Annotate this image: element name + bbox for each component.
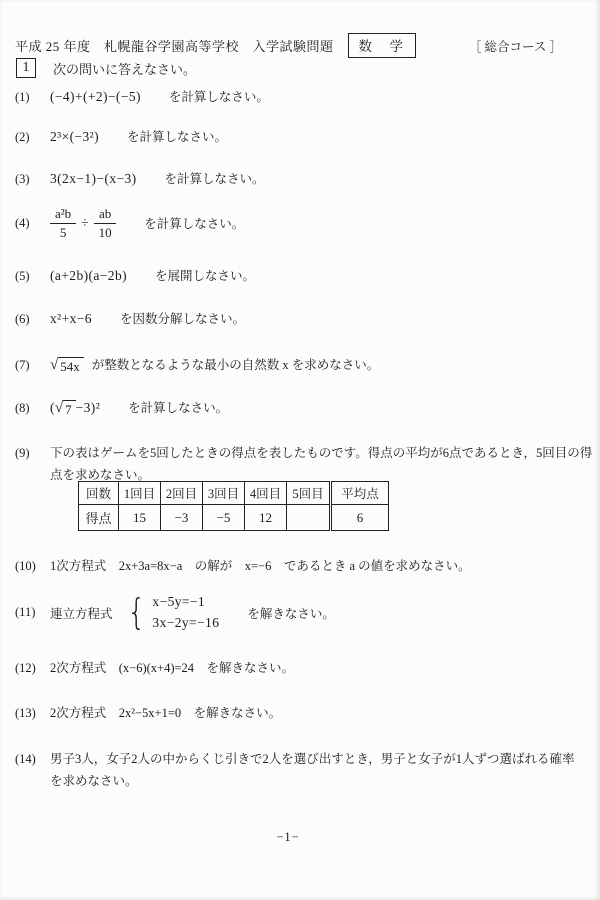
header-round-2: 2回目 (161, 482, 203, 505)
problem-6-number: (6) (15, 312, 50, 327)
header-average: 平均点 (331, 482, 389, 505)
problem-5-instruction: を展開しなさい。 (155, 266, 255, 284)
problem-8: (8) ( √ 7 −3)² を計算しなさい。 (15, 398, 228, 418)
problem-2-instruction: を計算しなさい。 (127, 127, 227, 145)
row-label-tokuten: 得点 (79, 505, 119, 531)
problem-13: (13) 2次方程式 2x²−5x+1=0 を解きなさい。 (15, 703, 281, 721)
problem-9-line1: 下の表はゲームを5回したときの得点を表したものです。得点の平均が6点であるとき，… (50, 442, 592, 464)
problem-4-number: (4) (15, 216, 50, 231)
problem-1-number: (1) (15, 90, 50, 105)
problem-12: (12) 2次方程式 (x−6)(x+4)=24 を解きなさい。 (15, 658, 294, 676)
problem-9-text: 下の表はゲームを5回したときの得点を表したものです。得点の平均が6点であるとき，… (50, 442, 592, 486)
problem-1-formula: (−4)+(+2)−(−5) (50, 89, 141, 105)
problem-10-text: 1次方程式 2x+3a=8x−a の解が x=−6 であるとき a の値を求めな… (50, 556, 471, 574)
sqrt-radical: √ 7 (55, 400, 76, 418)
subject-badge: 数 学 (348, 33, 417, 58)
problem-14: (14) 男子3人，女子2人の中からくじ引きで2人を選び出すとき，男子と女子が1… (15, 748, 575, 792)
fraction-denominator: 5 (60, 224, 67, 241)
problem-8-formula-rest: −3)² (76, 400, 101, 416)
header-round-1: 1回目 (119, 482, 161, 505)
problem-7-number: (7) (15, 358, 50, 373)
exam-title: 平成 25 年度 札幌龍谷学園高等学校 入学試験問題 (15, 36, 334, 55)
fraction-ab-over-10: ab 10 (94, 206, 116, 240)
score-round-3: −5 (203, 505, 245, 531)
equation-1: x−5y=−1 (152, 592, 219, 612)
problem-1-instruction: を計算しなさい。 (169, 87, 269, 105)
fraction-a2b-over-5: a²b 5 (50, 206, 76, 240)
radicand: 54x (58, 357, 84, 375)
problem-2-formula: 2³×(−3²) (50, 129, 99, 145)
header-round-5: 5回目 (287, 482, 331, 505)
score-round-2: −3 (161, 505, 203, 531)
problem-2-number: (2) (15, 130, 50, 145)
score-round-4: 12 (245, 505, 287, 531)
problem-14-text: 男子3人，女子2人の中からくじ引きで2人を選び出すとき，男子と女子が1人ずつ選ば… (50, 748, 575, 792)
fraction-denominator: 10 (99, 224, 112, 241)
problem-3-number: (3) (15, 172, 50, 187)
problem-6: (6) x²+x−6 を因数分解しなさい。 (15, 309, 245, 327)
problem-11: (11) 連立方程式 { x−5y=−1 3x−2y=−16 を解きなさい。 (15, 592, 335, 633)
problem-2: (2) 2³×(−3²) を計算しなさい。 (15, 127, 227, 145)
problem-14-number: (14) (15, 752, 50, 767)
problem-14-line2: を求めなさい。 (50, 770, 575, 792)
equation-2: 3x−2y=−16 (152, 613, 219, 633)
problem-1: (1) (−4)+(+2)−(−5) を計算しなさい。 (15, 87, 269, 105)
problem-12-text: 2次方程式 (x−6)(x+4)=24 を解きなさい。 (50, 658, 294, 676)
problem-3: (3) 3(2x−1)−(x−3) を計算しなさい。 (15, 169, 265, 187)
problem-4: (4) a²b 5 ÷ ab 10 を計算しなさい。 (15, 206, 244, 240)
problem-10-number: (10) (15, 559, 50, 574)
problem-13-number: (13) (15, 706, 50, 721)
fraction-numerator: ab (94, 206, 116, 224)
problem-7-instruction: が整数となるような最小の自然数 x を求めなさい。 (92, 355, 380, 373)
problem-5: (5) (a+2b)(a−2b) を展開しなさい。 (15, 266, 255, 284)
equation-system: { x−5y=−1 3x−2y=−16 (125, 592, 220, 633)
section-number-box: 1 (16, 58, 36, 78)
radicand: 7 (63, 400, 76, 418)
fraction-numerator: a²b (50, 206, 76, 224)
system-equations: x−5y=−1 3x−2y=−16 (152, 592, 219, 633)
header-round-4: 4回目 (245, 482, 287, 505)
sqrt-radical: √ 54x (50, 357, 84, 375)
radical-sign: √ (55, 400, 63, 417)
problem-11-label: 連立方程式 (50, 604, 113, 622)
page-number: −1− (0, 830, 576, 845)
course-label: ［ 総合コース ］ (469, 37, 562, 55)
problem-11-instruction: を解きなさい。 (247, 604, 335, 622)
problem-13-text: 2次方程式 2x²−5x+1=0 を解きなさい。 (50, 703, 281, 721)
radical-sign: √ (50, 357, 58, 374)
problem-5-formula: (a+2b)(a−2b) (50, 268, 127, 284)
score-round-1: 15 (119, 505, 161, 531)
problem-8-number: (8) (15, 401, 50, 416)
problem-14-line1: 男子3人，女子2人の中からくじ引きで2人を選び出すとき，男子と女子が1人ずつ選ば… (50, 748, 575, 770)
page-header: 平成 25 年度 札幌龍谷学園高等学校 入学試験問題 数 学 ［ 総合コース ］ (15, 33, 562, 58)
problem-6-instruction: を因数分解しなさい。 (120, 309, 245, 327)
section-1-heading: 1 次の問いに答えなさい。 (16, 58, 196, 78)
problem-8-instruction: を計算しなさい。 (128, 398, 228, 416)
score-table: 回数 1回目 2回目 3回目 4回目 5回目 平均点 得点 15 −3 −5 1… (78, 481, 389, 531)
score-round-5-blank (287, 505, 331, 531)
problem-6-formula: x²+x−6 (50, 311, 92, 327)
section-instruction: 次の問いに答えなさい。 (53, 59, 196, 78)
table-score-row: 得点 15 −3 −5 12 6 (79, 505, 389, 531)
problem-3-formula: 3(2x−1)−(x−3) (50, 171, 137, 187)
header-kaisu: 回数 (79, 482, 119, 505)
exam-page: 平成 25 年度 札幌龍谷学園高等学校 入学試験問題 数 学 ［ 総合コース ］… (0, 0, 600, 900)
problem-10: (10) 1次方程式 2x+3a=8x−a の解が x=−6 であるとき a の… (15, 556, 471, 574)
system-brace: { (127, 592, 145, 633)
problem-9: (9) 下の表はゲームを5回したときの得点を表したものです。得点の平均が6点であ… (15, 442, 592, 486)
problem-11-number: (11) (15, 605, 50, 620)
problem-5-number: (5) (15, 269, 50, 284)
problem-3-instruction: を計算しなさい。 (165, 169, 265, 187)
table-header-row: 回数 1回目 2回目 3回目 4回目 5回目 平均点 (79, 482, 389, 505)
header-round-3: 3回目 (203, 482, 245, 505)
division-operator: ÷ (81, 215, 89, 231)
problem-9-number: (9) (15, 446, 50, 461)
problem-4-instruction: を計算しなさい。 (144, 214, 244, 232)
problem-7: (7) √ 54x が整数となるような最小の自然数 x を求めなさい。 (15, 355, 379, 375)
problem-12-number: (12) (15, 661, 50, 676)
score-average: 6 (331, 505, 389, 531)
